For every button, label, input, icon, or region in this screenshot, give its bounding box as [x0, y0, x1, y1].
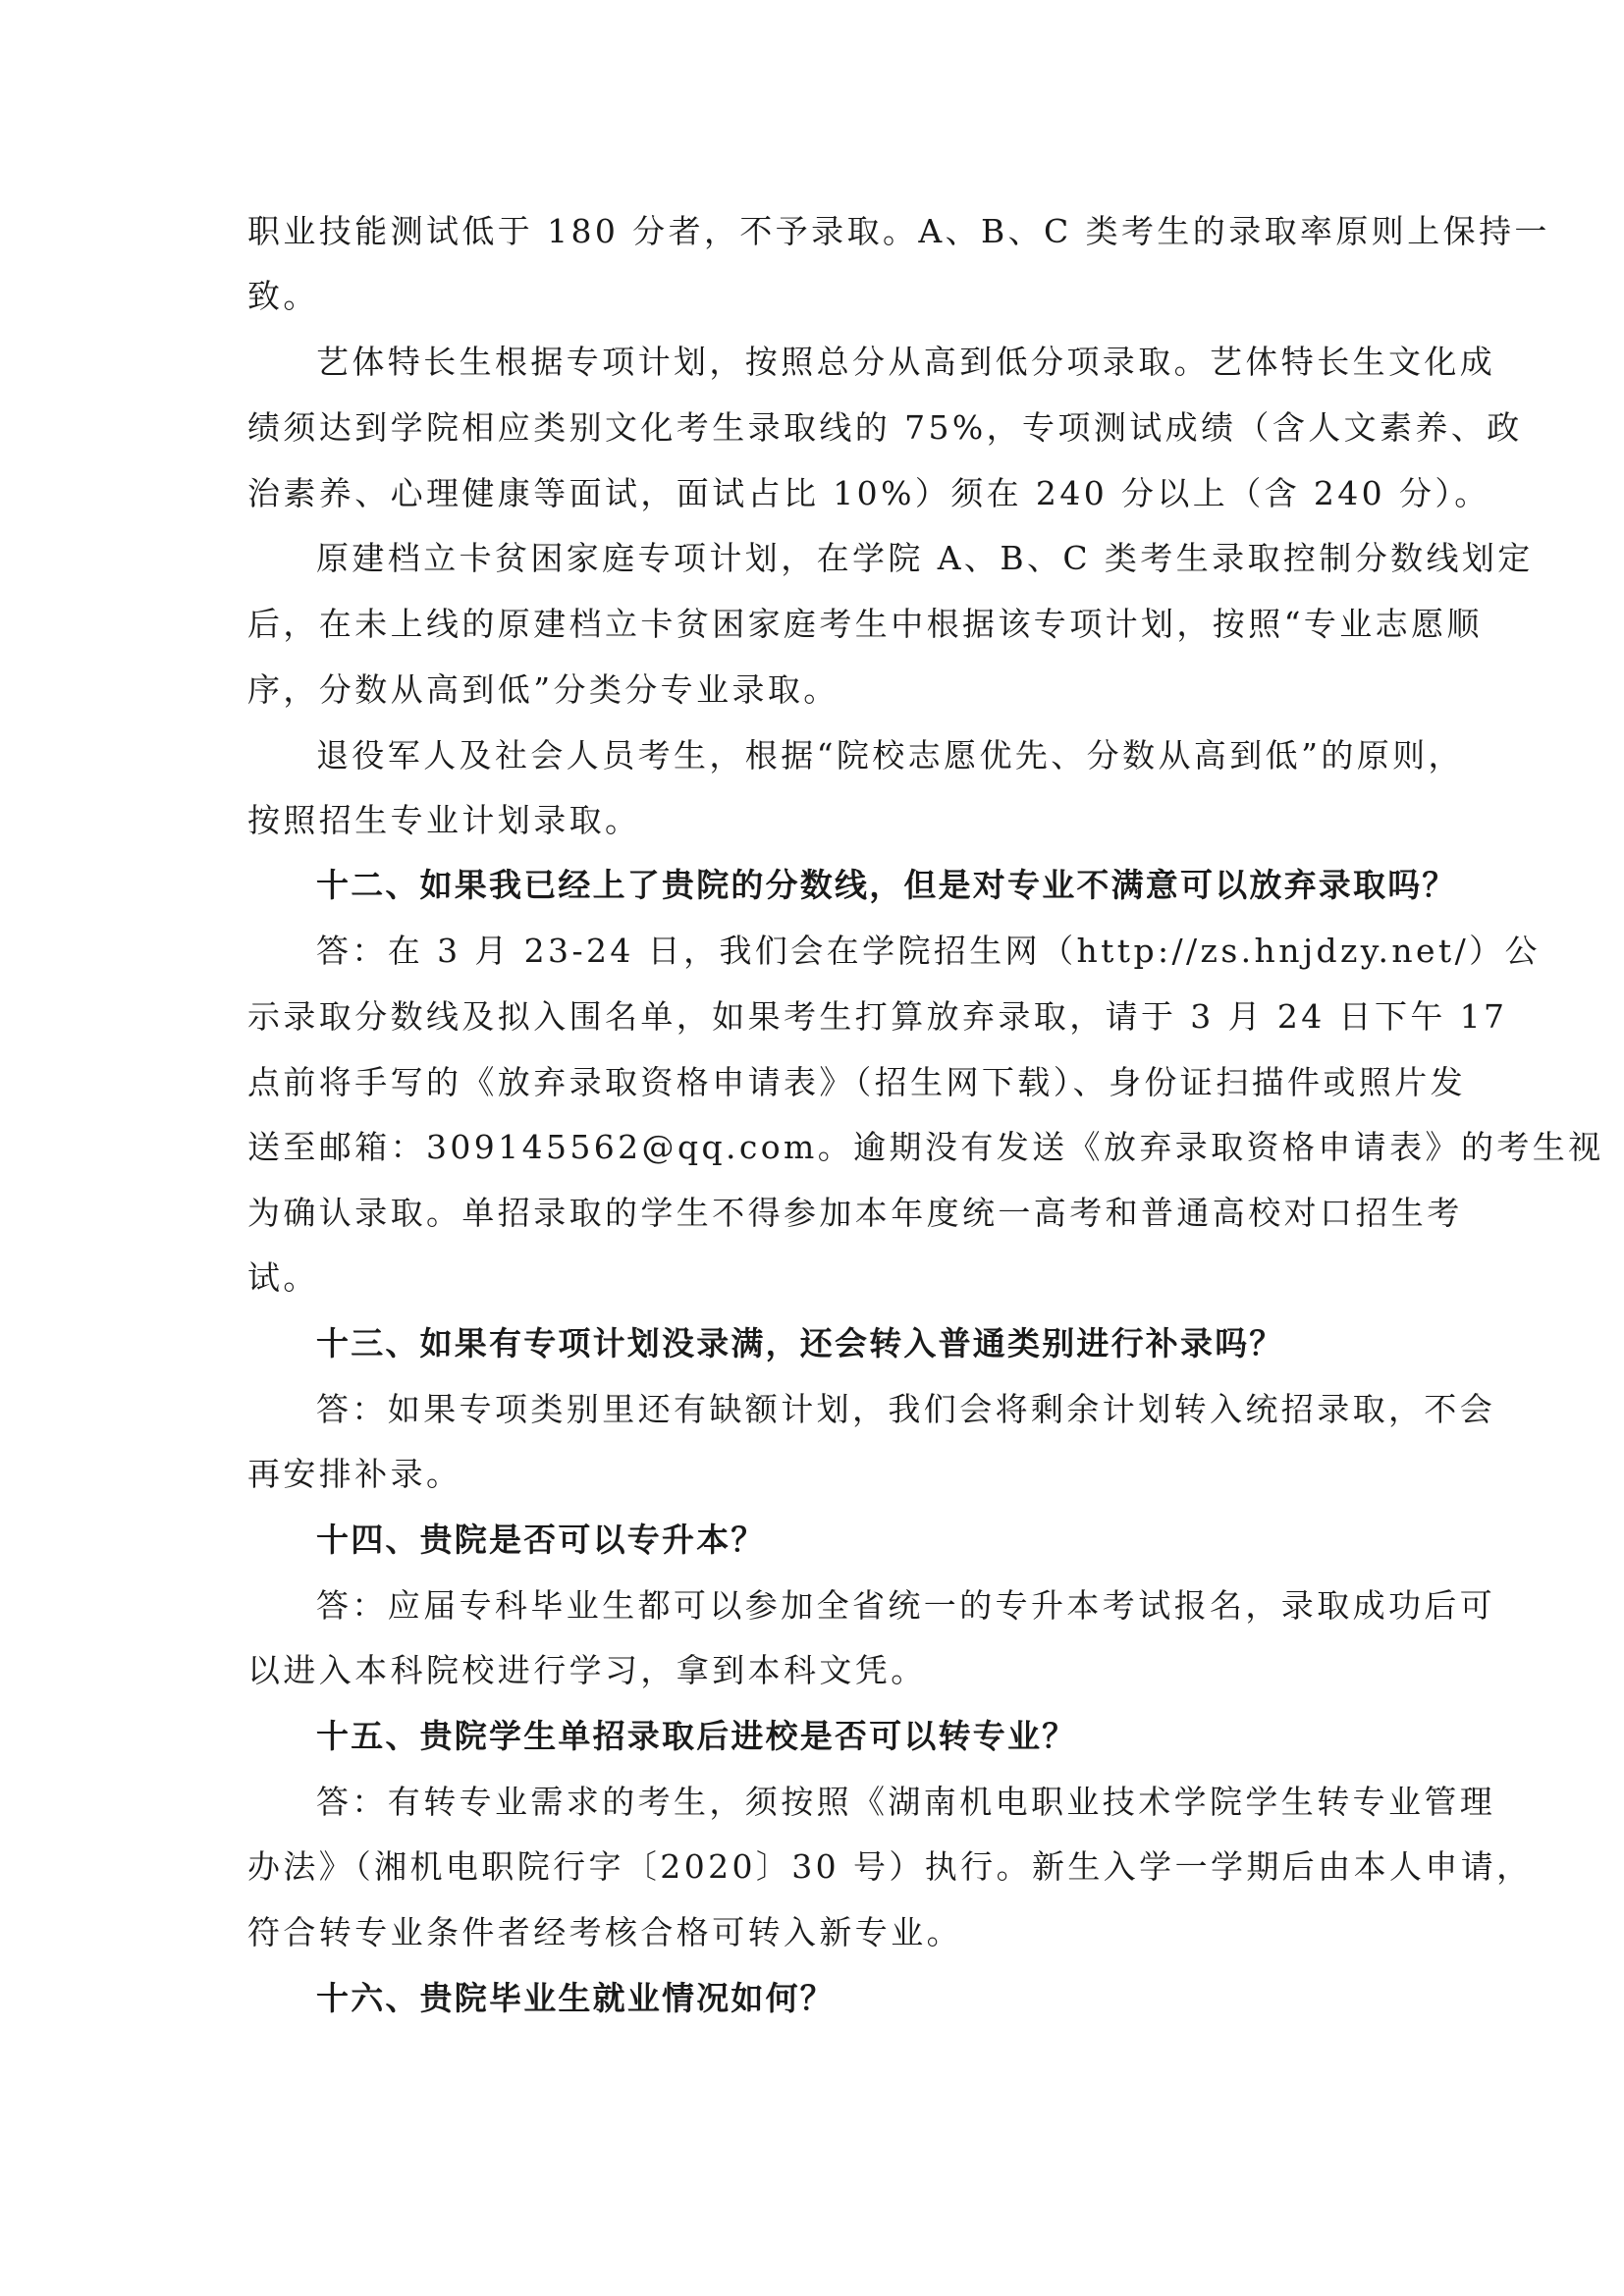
paragraph-line: 答：应届专科毕业生都可以参加全省统一的专升本考试报名，录取成功后可 [316, 1586, 1386, 1626]
paragraph-line: 为确认录取。单招录取的学生不得参加本年度统一高考和普通高校对口招生考 [247, 1194, 1386, 1233]
paragraph-line: 答：有转专业需求的考生，须按照《湖南机电职业技术学院学生转专业管理 [316, 1783, 1386, 1822]
paragraph-line: 序，分数从高到低”分类分专业录取。 [247, 670, 1386, 710]
paragraph-line: 再安排补录。 [247, 1455, 1386, 1494]
question-heading: 十五、贵院学生单招录取后进校是否可以转专业？ [316, 1717, 1386, 1756]
paragraph-line: 后，在未上线的原建档立卡贫困家庭考生中根据该专项计划，按照“专业志愿顺 [247, 605, 1386, 644]
paragraph-line: 艺体特长生根据专项计划，按照总分从高到低分项录取。艺体特长生文化成 [316, 343, 1386, 382]
question-heading: 十二、如果我已经上了贵院的分数线，但是对专业不满意可以放弃录取吗？ [316, 866, 1386, 905]
document-page: 职业技能测试低于 180 分者，不予录取。A、B、C 类考生的录取率原则上保持一… [0, 0, 1624, 2296]
paragraph-line: 答：如果专项类别里还有缺额计划，我们会将剩余计划转入统招录取，不会 [316, 1390, 1386, 1429]
question-heading: 十四、贵院是否可以专升本？ [316, 1521, 1386, 1560]
paragraph-line: 办法》（湘机电职院行字〔2020〕30 号）执行。新生入学一学期后由本人申请， [247, 1847, 1386, 1887]
paragraph-line: 以进入本科院校进行学习，拿到本科文凭。 [247, 1651, 1386, 1690]
paragraph-line: 点前将手写的《放弃录取资格申请表》（招生网下载）、身份证扫描件或照片发 [247, 1063, 1386, 1102]
paragraph-line: 职业技能测试低于 180 分者，不予录取。A、B、C 类考生的录取率原则上保持一 [247, 212, 1386, 251]
paragraph-line: 符合转专业条件者经考核合格可转入新专业。 [247, 1913, 1386, 1952]
paragraph-line: 绩须达到学院相应类别文化考生录取线的 75%，专项测试成绩（含人文素养、政 [247, 408, 1386, 448]
paragraph-line: 按照招生专业计划录取。 [247, 801, 1386, 840]
paragraph-line: 试。 [247, 1258, 1386, 1298]
question-heading: 十三、如果有专项计划没录满，还会转入普通类别进行补录吗？ [316, 1324, 1386, 1363]
paragraph-line: 致。 [247, 277, 1386, 316]
paragraph-line: 示录取分数线及拟入围名单，如果考生打算放弃录取，请于 3 月 24 日下午 17 [247, 997, 1386, 1037]
paragraph-line: 答：在 3 月 23-24 日，我们会在学院招生网（http://zs.hnjd… [316, 932, 1386, 971]
paragraph-line: 治素养、心理健康等面试，面试占比 10%）须在 240 分以上（含 240 分）… [247, 474, 1386, 513]
question-heading: 十六、贵院毕业生就业情况如何？ [316, 1979, 1386, 2018]
paragraph-line: 原建档立卡贫困家庭专项计划，在学院 A、B、C 类考生录取控制分数线划定 [316, 539, 1386, 578]
paragraph-line: 退役军人及社会人员考生，根据“院校志愿优先、分数从高到低”的原则， [316, 736, 1386, 775]
paragraph-line: 送至邮箱：309145562@qq.com。逾期没有发送《放弃录取资格申请表》的… [247, 1128, 1386, 1167]
